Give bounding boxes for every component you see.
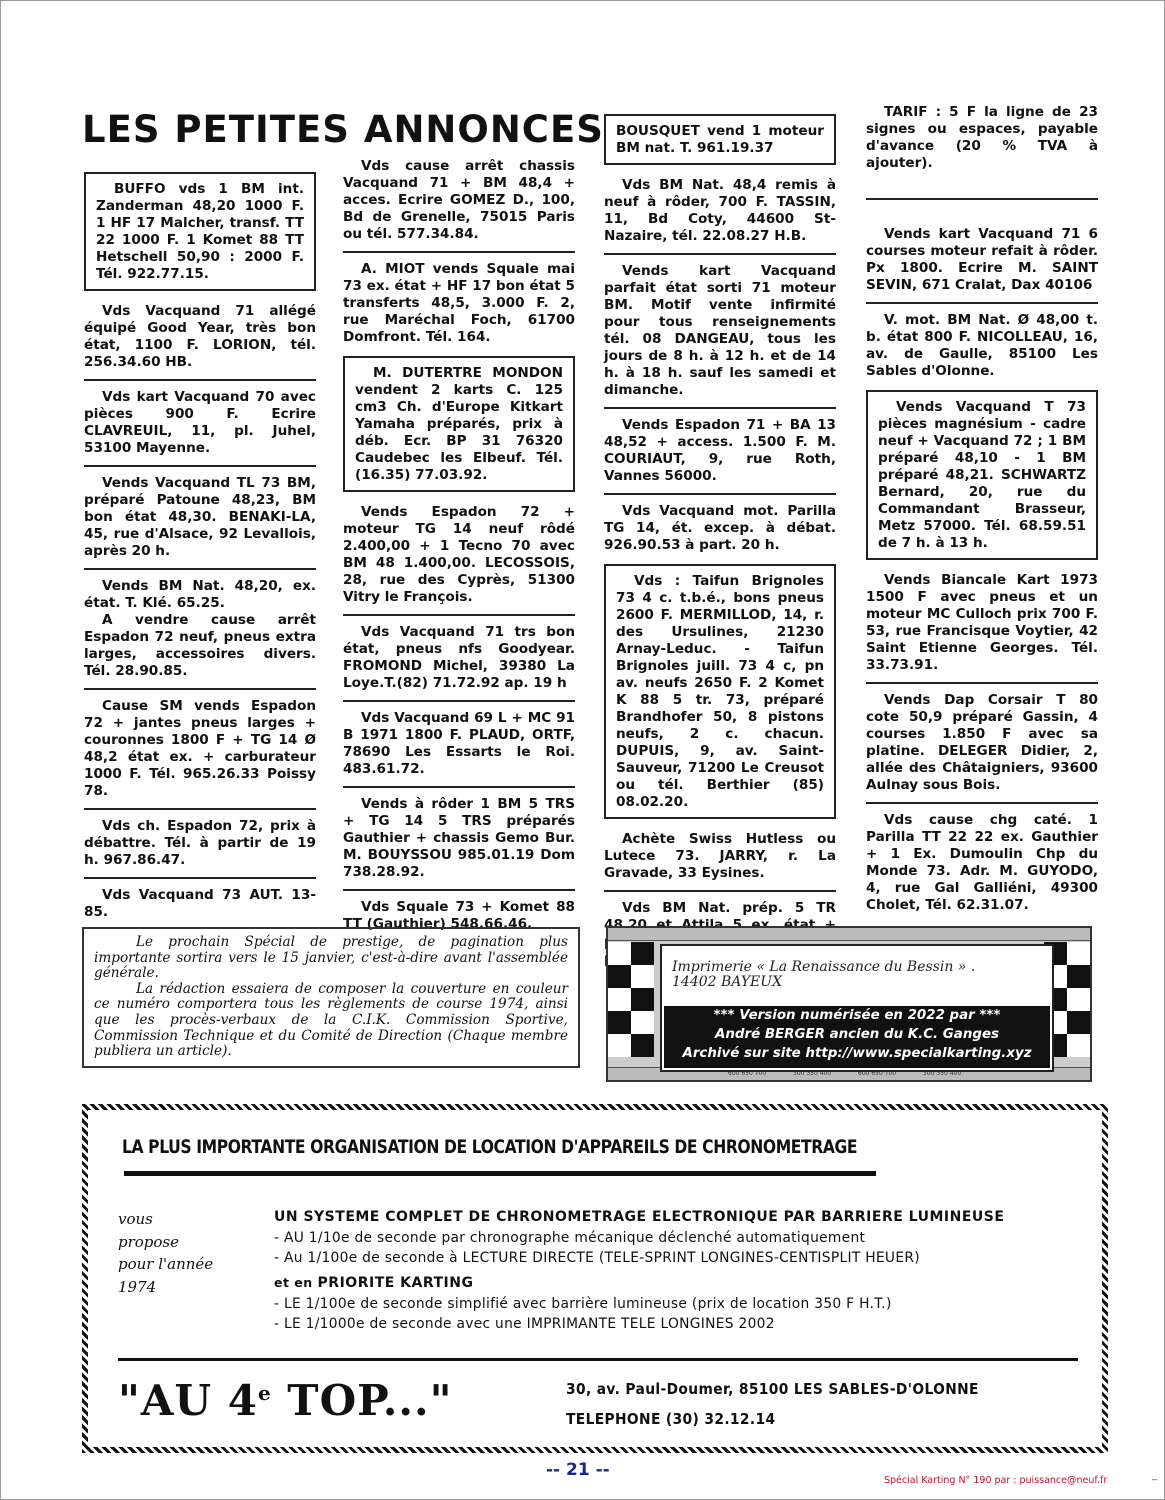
ads-column-4: TARIF : 5 F la ligne de 23 signes ou esp… <box>866 98 1098 920</box>
divider <box>84 379 316 381</box>
advert-intro: vous propose pour l'année 1974 <box>118 1208 213 1298</box>
classified-ad: A. MIOT vends Squale mai 73 ex. état + H… <box>343 255 575 352</box>
classified-ad: Vds Vacquand 71 trs bon état, pneus nfs … <box>343 618 575 698</box>
editorial-notice: Le prochain Spécial de prestige, de pagi… <box>82 927 580 1068</box>
classified-ad: Vends Dap Corsair T 80 cote 50,9 préparé… <box>866 686 1098 800</box>
brand-name: "AU 4e TOP..." <box>118 1376 453 1425</box>
checkered-flag-left <box>608 942 654 1080</box>
divider <box>343 786 575 788</box>
classified-ad: Vends Biancale Kart 1973 1500 F avec pne… <box>866 566 1098 680</box>
printer-inner: Imprimerie « La Renaissance du Bessin » … <box>660 944 1054 1072</box>
offer-item: - LE 1/100e de seconde simplifié avec ba… <box>274 1294 1074 1314</box>
scan-credit: Spécial Karting N° 190 par : puissance@n… <box>884 1475 1107 1486</box>
rate-notice: TARIF : 5 F la ligne de 23 signes ou esp… <box>866 98 1098 178</box>
printer-name: Imprimerie « La Renaissance du Bessin » … <box>672 960 1052 975</box>
divider <box>866 802 1098 804</box>
classified-ad: V. mot. BM Nat. Ø 48,00 t. b. état 800 F… <box>866 306 1098 386</box>
divider <box>343 700 575 702</box>
classified-ad: Vds kart Vacquand 70 avec pièces 900 F. … <box>84 383 316 463</box>
ads-column-3: BOUSQUET vend 1 moteur BM nat. T. 961.19… <box>604 110 836 974</box>
classified-ad: Vds cause arrêt chassis Vacquand 71 + BM… <box>343 152 575 249</box>
advert-offer: UN SYSTEME COMPLET DE CHRONOMETRAGE ELEC… <box>274 1206 1074 1334</box>
notice-paragraph: La rédaction essaiera de composer la cou… <box>94 982 568 1060</box>
classified-ad: Vds : Taifun Brignoles 73 4 c. t.b.é., b… <box>604 564 836 819</box>
divider <box>866 302 1098 304</box>
classified-ad: Vends kart Vacquand 71 6 courses moteur … <box>866 220 1098 300</box>
classified-ad: Vds Vacquand 71 allégé équipé Good Year,… <box>84 297 316 377</box>
classified-ad: Vends Vacquand T 73 pièces magnésium - c… <box>866 390 1098 560</box>
classified-ad: Vds Vacquand mot. Parilla TG 14, ét. exc… <box>604 497 836 560</box>
offer-heading: UN SYSTEME COMPLET DE CHRONOMETRAGE ELEC… <box>274 1206 1074 1228</box>
classified-ad: Vends Espadon 71 + BA 13 48,52 + access.… <box>604 411 836 491</box>
divider <box>866 198 1098 200</box>
classified-ad: M. DUTERTRE MONDON vendent 2 karts C. 12… <box>343 356 575 492</box>
printer-city: 14402 BAYEUX <box>672 975 1052 990</box>
classified-ad: Vends kart Vacquand parfait état sorti 7… <box>604 257 836 405</box>
classified-ad: Vends BM Nat. 48,20, ex. état. T. Klé. 6… <box>84 572 316 612</box>
digitization-banner: *** Version numérisée en 2022 par *** An… <box>664 1006 1050 1068</box>
title-underline <box>124 1171 876 1176</box>
ads-column-1: BUFFO vds 1 BM int. Zanderman 48,20 1000… <box>84 168 316 927</box>
classified-ad: Vends Vacquand TL 73 BM, préparé Patoune… <box>84 469 316 566</box>
offer-item: - Au 1/100e de seconde à LECTURE DIRECTE… <box>274 1248 1074 1268</box>
classified-ad: BOUSQUET vend 1 moteur BM nat. T. 961.19… <box>604 114 836 165</box>
page-title: LES PETITES ANNONCES <box>82 108 604 151</box>
divider <box>866 682 1098 684</box>
ruler-top <box>608 928 1090 941</box>
divider <box>84 688 316 690</box>
classified-ad: BUFFO vds 1 BM int. Zanderman 48,20 1000… <box>84 172 316 291</box>
classified-ad: Vends Espadon 72 + moteur TG 14 neuf rôd… <box>343 498 575 612</box>
divider <box>343 614 575 616</box>
divider <box>604 493 836 495</box>
offer-heading: et en PRIORITE KARTING <box>274 1272 1074 1294</box>
ads-column-2: Vds cause arrêt chassis Vacquand 71 + BM… <box>343 152 575 939</box>
page-number: -- 21 -- <box>546 1460 610 1480</box>
printer-box: 600 650 700 300 350 400 600 650 700 300 … <box>606 926 1092 1082</box>
brand-address: 30, av. Paul-Doumer, 85100 LES SABLES-D'… <box>566 1374 979 1404</box>
classified-ad: Vds Vacquand 73 AUT. 13-85. <box>84 881 316 927</box>
classified-ad: Cause SM vends Espadon 72 + jantes pneus… <box>84 692 316 806</box>
advert-title: LA PLUS IMPORTANTE ORGANISATION DE LOCAT… <box>122 1136 857 1158</box>
classified-ad: Vds cause chg caté. 1 Parilla TT 22 22 e… <box>866 806 1098 920</box>
divider <box>84 465 316 467</box>
notice-paragraph: Le prochain Spécial de prestige, de pagi… <box>94 935 568 982</box>
divider <box>604 407 836 409</box>
divider <box>604 253 836 255</box>
divider <box>343 251 575 253</box>
divider <box>118 1358 1078 1361</box>
credit-mark: _ <box>1152 1470 1157 1481</box>
divider <box>84 877 316 879</box>
divider <box>84 568 316 570</box>
offer-item: - LE 1/1000e de seconde avec une IMPRIMA… <box>274 1314 1074 1334</box>
classified-ad: Vds BM Nat. 48,4 remis à neuf à rôder, 7… <box>604 171 836 251</box>
chronometrage-advert: LA PLUS IMPORTANTE ORGANISATION DE LOCAT… <box>82 1104 1108 1453</box>
classified-ad: Achète Swiss Hutless ou Lutece 73. JARRY… <box>604 825 836 888</box>
classified-ad: Vds ch. Espadon 72, prix à débattre. Tél… <box>84 812 316 875</box>
classified-ad: A vendre cause arrêt Espadon 72 neuf, pn… <box>84 612 316 686</box>
classified-ad: Vds Vacquand 69 L + MC 91 B 1971 1800 F.… <box>343 704 575 784</box>
brand-contact: 30, av. Paul-Doumer, 85100 LES SABLES-D'… <box>566 1374 979 1434</box>
divider <box>84 808 316 810</box>
offer-item: - AU 1/10e de seconde par chronographe m… <box>274 1228 1074 1248</box>
brand-phone: TELEPHONE (30) 32.12.14 <box>566 1404 979 1434</box>
divider <box>343 889 575 891</box>
divider <box>604 890 836 892</box>
classified-ad: Vends à rôder 1 BM 5 TRS + TG 14 5 TRS p… <box>343 790 575 887</box>
